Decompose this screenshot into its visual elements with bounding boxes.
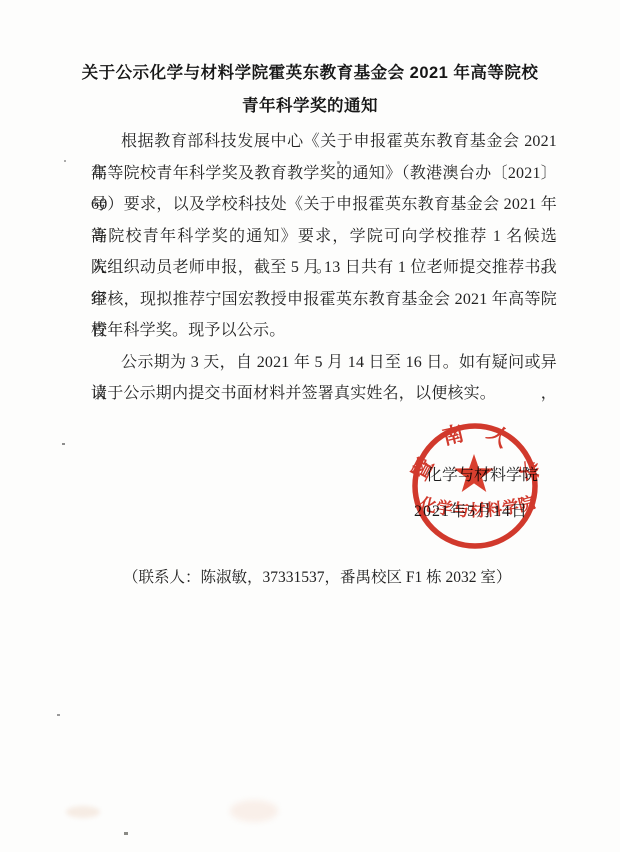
body-line: 公示期为 3 天，自 2021 年 5 月 14 日至 16 日。如有疑问或异议… xyxy=(91,347,557,379)
scanned-notice-document: 关于公示化学与材料学院霍英东教育基金会 2021 年高等院校 青年科学奖的通知 … xyxy=(0,0,620,852)
body-line: 院组织动员老师申报，截至 5 月 13 日共有 1 位老师提交推荐书。经 xyxy=(91,252,557,284)
official-seal-stamp: 暨南大学 化学与材料学院 xyxy=(407,418,543,554)
contact-info-line: （联系人：陈淑敏，37331537，番禺校区 F1 栋 2032 室） xyxy=(91,562,571,594)
body-line: 青年科学奖。现予以公示。 xyxy=(91,315,557,347)
body-line: 号）要求，以及学校科技处《关于申报霍英东教育基金会 2021 年高 xyxy=(91,189,557,221)
document-body: 根据教育部科技发展中心《关于申报霍英东教育基金会 2021 年 高等院校青年科学… xyxy=(91,126,557,410)
seal-star-icon xyxy=(454,454,494,492)
body-line: 高等院校青年科学奖及教育教学奖的通知》（教港澳台办〔2021〕60 xyxy=(91,158,557,190)
title-line-2: 青年科学奖的通知 xyxy=(0,90,620,123)
body-line: 审核，现拟推荐宁国宏教授申报霍英东教育基金会 2021 年高等院校 xyxy=(91,284,557,316)
scan-speck xyxy=(64,160,66,162)
title-line-1: 关于公示化学与材料学院霍英东教育基金会 2021 年高等院校 xyxy=(0,57,620,90)
document-title: 关于公示化学与材料学院霍英东教育基金会 2021 年高等院校 青年科学奖的通知 xyxy=(0,57,620,123)
scan-speck xyxy=(62,443,65,445)
scan-speck xyxy=(124,832,128,835)
body-line: 请于公示期内提交书面材料并签署真实姓名，以便核实。 xyxy=(91,378,557,410)
scan-smudge xyxy=(66,806,100,818)
body-line: 等院校青年科学奖的通知》要求，学院可向学校推荐 1 名候选人。我 xyxy=(91,221,557,253)
body-line: 根据教育部科技发展中心《关于申报霍英东教育基金会 2021 年 xyxy=(91,126,557,158)
scan-smudge xyxy=(230,800,278,822)
scan-speck xyxy=(57,714,60,716)
